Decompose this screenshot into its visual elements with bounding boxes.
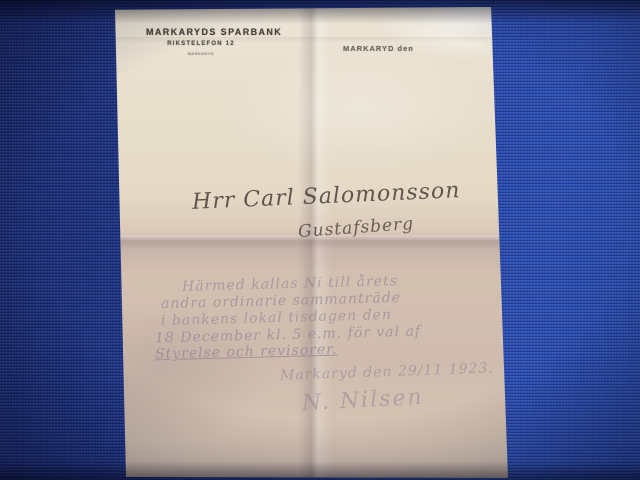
dateline-handwriting: Markaryd den 29/11 1923.: [280, 360, 494, 383]
recipient-name-handwriting: Hrr Carl Salomonsson: [192, 178, 461, 215]
letterhead-phone-line: RIKSTELEFON 12: [146, 41, 256, 47]
body-line-underlined: Styrelse och revisorer.: [155, 342, 338, 363]
letterhead-date-label: MARKARYD den: [343, 44, 414, 53]
letterhead-bank-name: MARKARYDS SPARBANK: [146, 27, 256, 37]
photo-of-letter: MARKARYDS SPARBANK RIKSTELEFON 12 MARKAR…: [0, 0, 640, 480]
signature-handwriting: N. Nilsen: [301, 385, 424, 416]
letterhead-place-small: MARKARYD: [146, 51, 256, 56]
letter-paper: MARKARYDS SPARBANK RIKSTELEFON 12 MARKAR…: [112, 6, 512, 478]
